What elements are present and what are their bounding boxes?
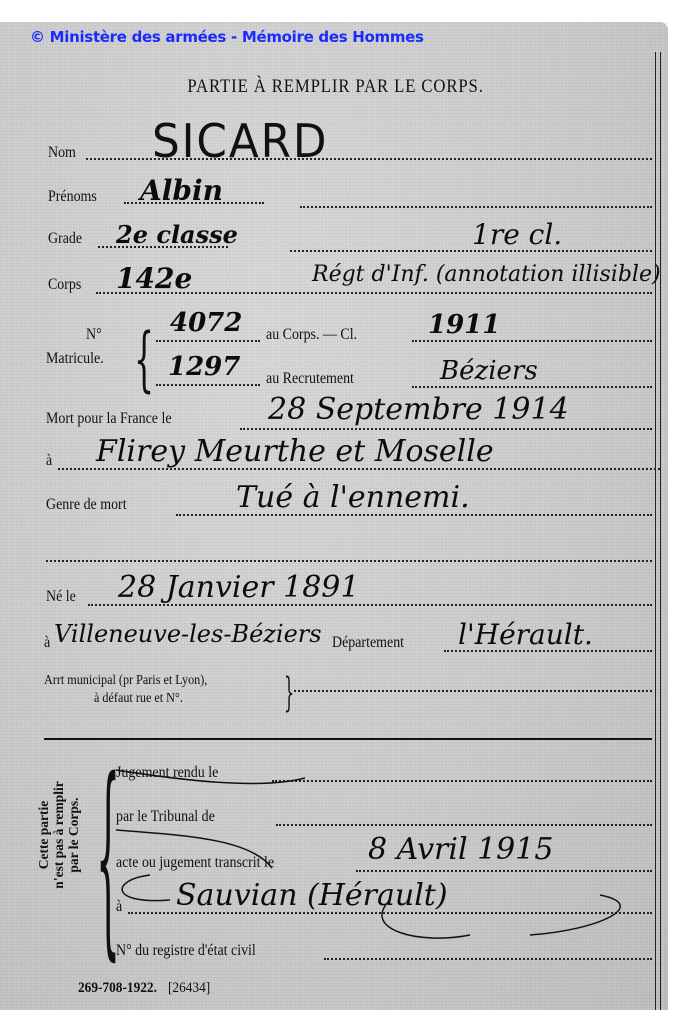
transcrit-line (356, 870, 652, 872)
tribunal-label: par le Tribunal de (116, 808, 215, 826)
matricule-label: Matricule. (46, 350, 104, 368)
departement-value: l'Hérault. (458, 618, 593, 651)
side-note-line-3: par le Corps. (66, 750, 81, 920)
grade-line-2 (290, 250, 652, 252)
recrutement-lieu-value: Béziers (440, 356, 538, 386)
matricule-recrutement-line (156, 384, 260, 386)
recrutement-line (412, 386, 652, 388)
transcrit-value: 8 Avril 1915 (368, 832, 553, 867)
classe-line (412, 340, 652, 342)
transcrit-lieu-label: à (116, 898, 122, 916)
mort-date-value: 28 Septembre 1914 (268, 392, 569, 427)
numero-label: N° (86, 326, 102, 344)
form-number: [26434] (168, 980, 210, 996)
blank-line (46, 560, 652, 562)
copyright-watermark: © Ministère des armées - Mémoire des Hom… (30, 28, 424, 46)
jugement-line (272, 780, 652, 782)
ne-le-label: Né le (46, 588, 76, 606)
mort-lieu-label: à (46, 452, 52, 470)
prenoms-value: Albin (140, 174, 223, 207)
jugement-label: Jugement rendu le (116, 764, 218, 782)
matricule-recrutement-label: au Recrutement (266, 370, 354, 388)
matricule-corps-label: au Corps. — Cl. (266, 326, 357, 344)
ne-a-value: Villeneuve-les-Béziers (54, 620, 322, 648)
ne-le-value: 28 Janvier 1891 (118, 570, 359, 605)
side-note-line-2: n'est pas à remplir (51, 750, 66, 920)
side-note-line-1: Cette partie (36, 750, 51, 920)
grade-value: 2e classe (116, 220, 238, 249)
matricule-corps-value: 4072 (170, 308, 242, 338)
side-note: Cette partie n'est pas à remplir par le … (36, 750, 81, 920)
form-title: PARTIE À REMPLIR PAR LE CORPS. (42, 76, 630, 98)
arr-municipal-brace: } (284, 670, 294, 716)
matricule-recrutement-value: 1297 (168, 352, 240, 382)
transcrit-lieu-value: Sauvian (Hérault) (176, 878, 448, 913)
section-divider (44, 738, 652, 740)
registre-line (324, 958, 652, 960)
mort-date-label: Mort pour la France le (46, 410, 172, 428)
prenoms-line-2 (300, 206, 652, 208)
ne-a-label: à (44, 634, 50, 652)
departement-label: Département (332, 634, 404, 652)
arr-municipal-line (294, 690, 652, 692)
genre-mort-label: Genre de mort (46, 496, 127, 514)
form-code: 269-708-1922. (78, 980, 157, 996)
prenoms-label: Prénoms (48, 188, 97, 206)
arr-municipal-label-2: à défaut rue et N°. (94, 690, 183, 706)
transcrit-label: acte ou jugement transcrit le (116, 854, 274, 872)
grade-annotation: 1re cl. (472, 218, 562, 251)
form-footer: 269-708-1922.[26434] (78, 980, 210, 997)
mort-lieu-value: Flirey Meurthe et Moselle (96, 434, 494, 469)
arr-municipal-label: Arrt municipal (pr Paris et Lyon), (44, 672, 207, 688)
right-border-line (655, 52, 656, 1010)
genre-mort-value: Tué à l'ennemi. (236, 480, 470, 515)
grade-label: Grade (48, 230, 82, 248)
corps-label: Corps (48, 276, 81, 294)
right-border-line-2 (660, 52, 661, 1010)
classe-value: 1911 (428, 310, 500, 340)
tribunal-line (276, 824, 652, 826)
registre-label: N° du registre d'état civil (116, 942, 256, 960)
matricule-corps-line (156, 340, 260, 342)
mort-date-line (240, 428, 652, 430)
nom-label: Nom (48, 144, 76, 162)
matricule-brace: { (134, 318, 154, 400)
corps-value: 142e (116, 262, 192, 295)
corps-regiment-value: Régt d'Inf. (annotation illisible) (312, 262, 661, 287)
nom-value: SICARD (152, 114, 328, 168)
